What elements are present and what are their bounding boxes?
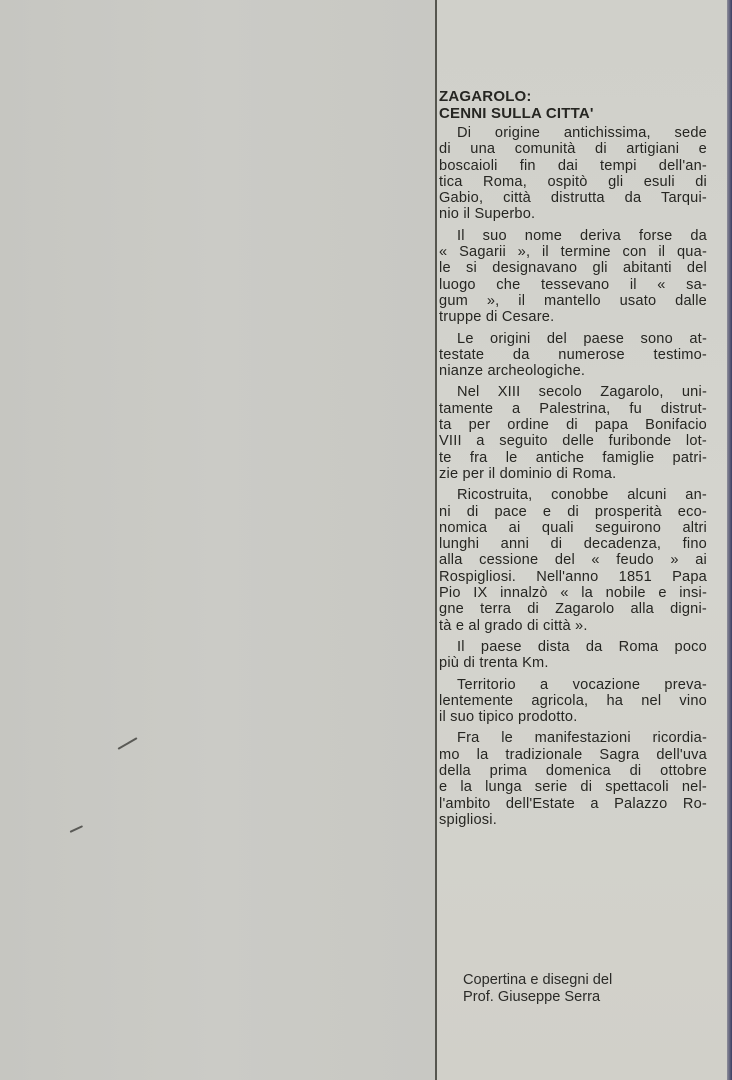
text-line: lunghi anni di decadenza, fino <box>439 536 707 552</box>
text-line: l'ambito dell'Estate a Palazzo Ro- <box>439 796 707 812</box>
text-line: il suo tipico prodotto. <box>439 709 707 725</box>
text-line: truppe di Cesare. <box>439 309 707 325</box>
text-line: tica Roma, ospitò gli esuli di <box>439 174 707 190</box>
paragraph: Il paese dista da Roma pocopiù di trenta… <box>439 639 707 672</box>
paragraph: Territorio a vocazione preva-lentemente … <box>439 677 707 726</box>
text-column: ZAGAROLO: CENNI SULLA CITTA' Di origine … <box>439 88 707 833</box>
text-line: te fra le antiche famiglie patri- <box>439 450 707 466</box>
text-line: Gabio, città distrutta da Tarqui- <box>439 190 707 206</box>
text-line: Fra le manifestazioni ricordia- <box>439 730 707 746</box>
paragraph: Fra le manifestazioni ricordia-mo la tra… <box>439 730 707 828</box>
page-edge <box>727 0 732 1080</box>
text-line: nianze archeologiche. <box>439 363 707 379</box>
pen-mark <box>118 737 138 750</box>
credits-line: Prof. Giuseppe Serra <box>463 987 703 1007</box>
text-line: tà e al grado di città ». <box>439 618 707 634</box>
paragraph: Ricostruita, conobbe alcuni an-ni di pac… <box>439 487 707 634</box>
text-line: gne terra di Zagarolo alla digni- <box>439 601 707 617</box>
text-line: ni di pace e di prosperità eco- <box>439 504 707 520</box>
text-line: Rospigliosi. Nell'anno 1851 Papa <box>439 569 707 585</box>
text-line: nio il Superbo. <box>439 206 707 222</box>
text-line: mo la tradizionale Sagra dell'uva <box>439 747 707 763</box>
text-line: Di origine antichissima, sede <box>439 125 707 141</box>
text-line: testate da numerose testimo- <box>439 347 707 363</box>
text-line: tamente a Palestrina, fu distrut- <box>439 401 707 417</box>
text-line: spigliosi. <box>439 812 707 828</box>
paragraph: Le origini del paese sono at-testate da … <box>439 331 707 380</box>
text-line: luogo che tessevano il « sa- <box>439 277 707 293</box>
paragraph: Di origine antichissima, sededi una comu… <box>439 125 707 223</box>
text-line: Il paese dista da Roma poco <box>439 639 707 655</box>
text-line: più di trenta Km. <box>439 655 707 671</box>
text-line: e la lunga serie di spettacoli nel- <box>439 779 707 795</box>
paragraph: Il suo nome deriva forse da« Sagarii », … <box>439 228 707 326</box>
text-line: della prima domenica di ottobre <box>439 763 707 779</box>
text-line: VIII a seguito delle furibonde lot- <box>439 433 707 449</box>
text-line: Il suo nome deriva forse da <box>439 228 707 244</box>
document-subtitle: CENNI SULLA CITTA' <box>439 105 707 122</box>
text-line: Pio IX innalzò « la nobile e insi- <box>439 585 707 601</box>
text-line: alla cessione del « feudo » ai <box>439 552 707 568</box>
text-line: lentemente agricola, ha nel vino <box>439 693 707 709</box>
pen-mark <box>70 825 84 833</box>
paragraph: Nel XIII secolo Zagarolo, uni-tamente a … <box>439 384 707 482</box>
text-line: « Sagarii », il termine con il qua- <box>439 244 707 260</box>
text-line: gum », il mantello usato dalle <box>439 293 707 309</box>
body-paragraphs: Di origine antichissima, sededi una comu… <box>439 125 707 828</box>
text-line: Territorio a vocazione preva- <box>439 677 707 693</box>
text-line: le si designavano gli abitanti del <box>439 260 707 276</box>
document-title: ZAGAROLO: <box>439 88 707 105</box>
text-line: Nel XIII secolo Zagarolo, uni- <box>439 384 707 400</box>
text-line: boscaioli fin dai tempi dell'an- <box>439 158 707 174</box>
back-cover-left-panel <box>0 0 436 1080</box>
text-line: ta per ordine di papa Bonifacio <box>439 417 707 433</box>
text-line: Ricostruita, conobbe alcuni an- <box>439 487 707 503</box>
text-line: di una comunità di artigiani e <box>439 141 707 157</box>
text-line: nomica ai quali seguirono altri <box>439 520 707 536</box>
text-line: Le origini del paese sono at- <box>439 331 707 347</box>
text-line: zie per il dominio di Roma. <box>439 466 707 482</box>
credits: Copertina e disegni del Prof. Giuseppe S… <box>463 970 703 1007</box>
